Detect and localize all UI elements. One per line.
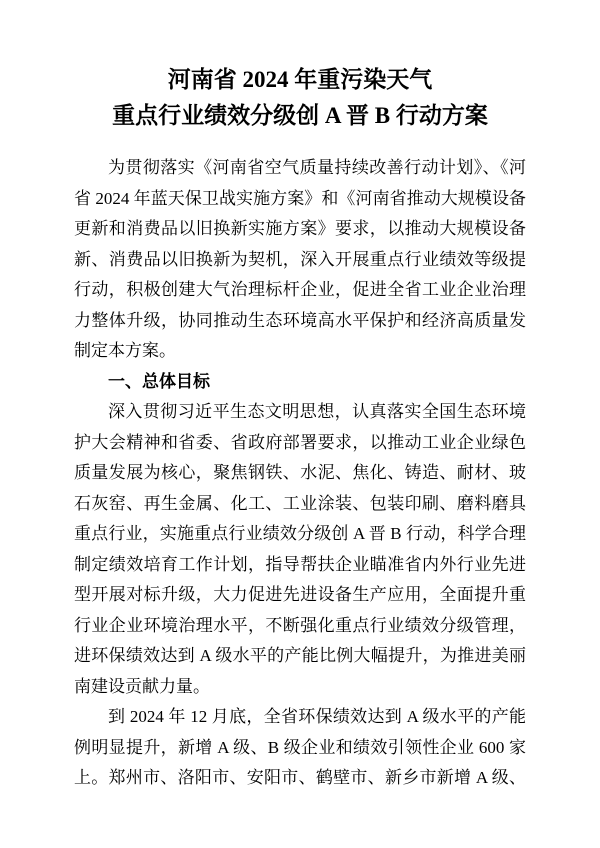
- text-line: 省 2024 年蓝天保卫战实施方案》和《河南省推动大规模设备: [74, 184, 526, 215]
- section-heading-overall-goal: 一、总体目标: [74, 367, 526, 398]
- text-line: 例明显提升，新增 A 级、B 级企业和绩效引领性企业 600 家以: [74, 733, 526, 764]
- document-body: 为贯彻落实《河南省空气质量持续改善行动计划》、《河南省 2024 年蓝天保卫战实…: [74, 153, 526, 794]
- text-line: 深入贯彻习近平生态文明思想，认真落实全国生态环境保: [74, 397, 526, 428]
- paragraph-intro: 为贯彻落实《河南省空气质量持续改善行动计划》、《河南省 2024 年蓝天保卫战实…: [74, 153, 526, 367]
- text-line: 行业企业环境治理水平，不断强化重点行业绩效分级管理，促: [74, 611, 526, 642]
- text-line: 到 2024 年 12 月底，全省环保绩效达到 A 级水平的产能比: [74, 702, 526, 733]
- title-line-1: 河南省 2024 年重污染天气: [74, 62, 526, 98]
- paragraph-overall-goal: 深入贯彻习近平生态文明思想，认真落实全国生态环境保护大会精神和省委、省政府部署要…: [74, 397, 526, 702]
- paragraph-targets-2024: 到 2024 年 12 月底，全省环保绩效达到 A 级水平的产能比例明显提升，新…: [74, 702, 526, 794]
- text-line: 质量发展为核心，聚焦钢铁、水泥、焦化、铸造、耐材、玻璃、: [74, 458, 526, 489]
- text-line: 为贯彻落实《河南省空气质量持续改善行动计划》、《河南: [74, 153, 526, 184]
- text-line: 型开展对标升级，大力促进先进设备生产应用，全面提升重点: [74, 580, 526, 611]
- document-page: 河南省 2024 年重污染天气 重点行业绩效分级创 A 晋 B 行动方案 为贯彻…: [0, 0, 600, 848]
- text-line: 南建设贡献力量。: [74, 672, 526, 703]
- text-line: 护大会精神和省委、省政府部署要求，以推动工业企业绿色高: [74, 428, 526, 459]
- text-line: 上。郑州市、洛阳市、安阳市、鹤壁市、新乡市新增 A 级、B: [74, 763, 526, 794]
- text-line: 制定绩效培育工作计划，指导帮扶企业瞄准省内外行业先进典: [74, 550, 526, 581]
- text-line: 重点行业，实施重点行业绩效分级创 A 晋 B 行动，科学合理: [74, 519, 526, 550]
- text-line: 力整体升级，协同推动生态环境高水平保护和经济高质量发展，: [74, 306, 526, 337]
- text-line: 制定本方案。: [74, 336, 526, 367]
- text-line: 进环保绩效达到 A 级水平的产能比例大幅提升，为推进美丽河: [74, 641, 526, 672]
- text-line: 石灰窑、再生金属、化工、工业涂装、包装印刷、磨料磨具等: [74, 489, 526, 520]
- document-title: 河南省 2024 年重污染天气 重点行业绩效分级创 A 晋 B 行动方案: [74, 62, 526, 134]
- text-line: 更新和消费品以旧换新实施方案》要求，以推动大规模设备更: [74, 214, 526, 245]
- title-line-2: 重点行业绩效分级创 A 晋 B 行动方案: [74, 98, 526, 134]
- text-line: 行动，积极创建大气治理标杆企业，促进全省工业企业治理能: [74, 275, 526, 306]
- text-line: 新、消费品以旧换新为契机，深入开展重点行业绩效等级提升: [74, 245, 526, 276]
